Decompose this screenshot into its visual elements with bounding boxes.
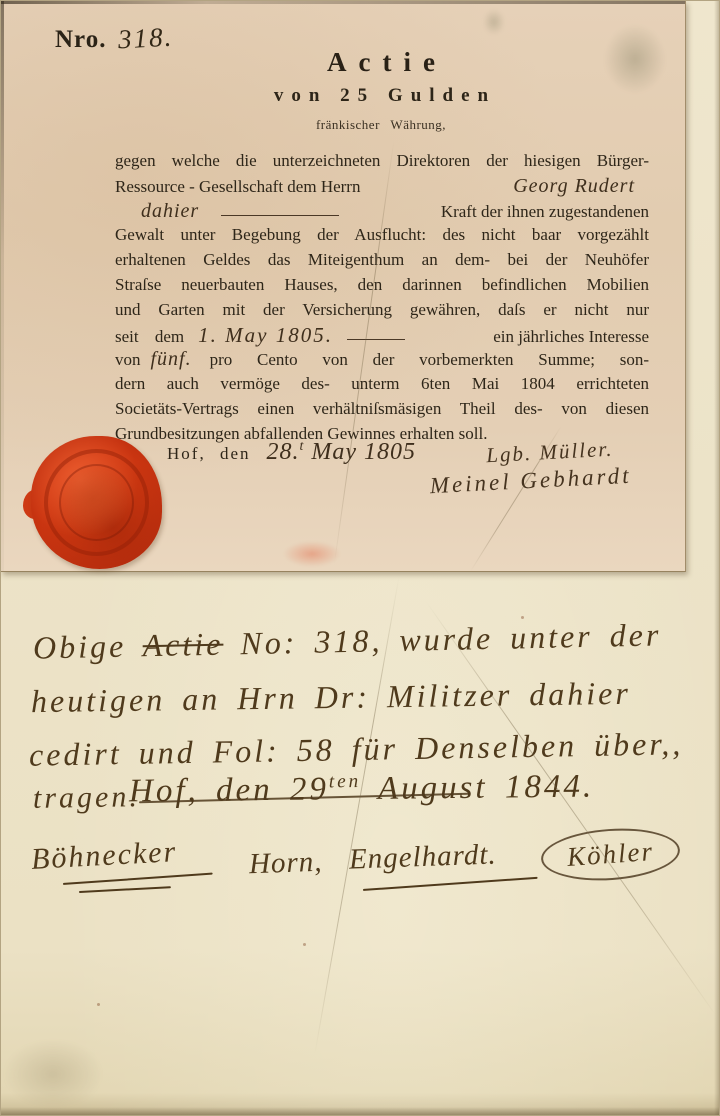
body-line: Ressource - Gesellschaft dem Herrn Georg… <box>115 174 649 199</box>
dateline-handwritten: 28.t May 1805 <box>266 439 416 466</box>
currency-note: fränkischer Währung, <box>101 117 661 133</box>
signature-gebhardt: Meinel Gebhardt <box>429 463 632 500</box>
handwritten-fuenf: fünf. <box>151 347 192 372</box>
dateline-sup: t <box>299 439 304 454</box>
ink-speck <box>303 943 306 946</box>
signature-underline <box>63 873 213 885</box>
endorsement-line-4: tragen. <box>33 780 140 816</box>
signature-koehler-circled: Köhler <box>539 824 681 885</box>
endorsement-struck-word: Actie <box>142 626 223 664</box>
handwritten-name: Georg Rudert <box>513 174 635 199</box>
body-line-printed: seit dem <box>115 325 184 350</box>
ink-speck <box>521 616 524 619</box>
endorsement-line-2: heutigen an Hrn Dr: Militzer dahier <box>31 675 631 720</box>
ink-dash <box>221 213 339 216</box>
scan-right-edge <box>714 1 719 1115</box>
body-line: gegen welche die unterzeichneten Direkto… <box>115 149 649 174</box>
sheet-top-edge <box>1 1 685 4</box>
endorsement-line-1: Obige Actie No: 318, wurde unter der <box>33 616 662 666</box>
scan-bottom-edge <box>1 1107 719 1115</box>
seal-bleed-mark <box>283 541 341 567</box>
signature-horn: Horn, <box>248 846 323 882</box>
body-line: erhaltenen Geldes das Miteigenthum an de… <box>115 248 649 273</box>
body-line-printed: pro Cento von der vorbemerkten Summe; so… <box>210 348 649 373</box>
endorsement-date-rest: August 1844. <box>361 769 594 807</box>
body-line: dern auch vermöge des- unterm 6ten Mai 1… <box>115 372 649 397</box>
dateline-day: 28. <box>266 439 299 465</box>
stain <box>603 23 667 95</box>
body-line: von fünf. pro Cento von der vorbemerkten… <box>115 347 649 372</box>
dateline-printed: Hof, den <box>167 444 250 464</box>
dateline-1805: Hof, den 28.t May 1805 <box>115 439 416 466</box>
title-block: Actie von 25 Gulden fränkischer Währung, <box>101 47 661 133</box>
sheet-left-edge <box>1 1 4 571</box>
red-wax-seal <box>31 436 162 569</box>
body-line-printed: ein jährliches Interesse <box>493 325 649 350</box>
ink-speck <box>97 1003 100 1006</box>
document-scan: Nro.318. Actie von 25 Gulden fränkischer… <box>0 0 720 1116</box>
number-label: Nro. <box>55 26 106 53</box>
signature-underline <box>363 877 538 891</box>
stain <box>483 9 505 35</box>
endorsement-date-day: 29 <box>290 771 329 807</box>
endorsement-date-prefix: Hof, den <box>129 772 290 810</box>
signatures-1805: Lgb. Müller. Meinel Gebhardt <box>428 436 632 499</box>
endorsement-line-3: cedirt und Fol: 58 für Denselben über,, <box>29 725 684 773</box>
signature-engelhardt: Engelhardt. <box>348 838 497 876</box>
certificate-body-text: gegen welche die unterzeichneten Direkto… <box>115 149 649 447</box>
endorsement-text: Obige <box>33 627 143 665</box>
signature-underline <box>79 886 171 893</box>
stain <box>3 1039 103 1109</box>
body-line-printed: von <box>115 348 141 373</box>
body-line-printed: Kraft der ihnen zugestandenen <box>441 200 649 225</box>
fold-crease <box>426 601 716 1015</box>
body-line: Straſse neuerbauten Hauses, den darinnen… <box>115 273 649 298</box>
body-line: Societäts-Vertrags einen verhältniſsmäsi… <box>115 397 649 422</box>
document-title: Actie <box>101 47 661 78</box>
handwritten-dahier: dahier <box>141 199 199 224</box>
endorsement-date-sup: ten <box>329 771 362 792</box>
signature-boehnecker: Böhnecker <box>30 835 178 877</box>
dateline-rest: May 1805 <box>311 439 416 465</box>
ink-dash <box>347 337 405 340</box>
body-line: seit dem 1. May 1805. ein jährliches Int… <box>115 323 649 348</box>
handwritten-date: 1. May 1805. <box>198 323 333 348</box>
denomination: von 25 Gulden <box>101 85 661 107</box>
body-line: und Garten mit der Versicherung gewähren… <box>115 298 649 323</box>
body-line-printed: Ressource - Gesellschaft dem Herrn <box>115 175 360 200</box>
